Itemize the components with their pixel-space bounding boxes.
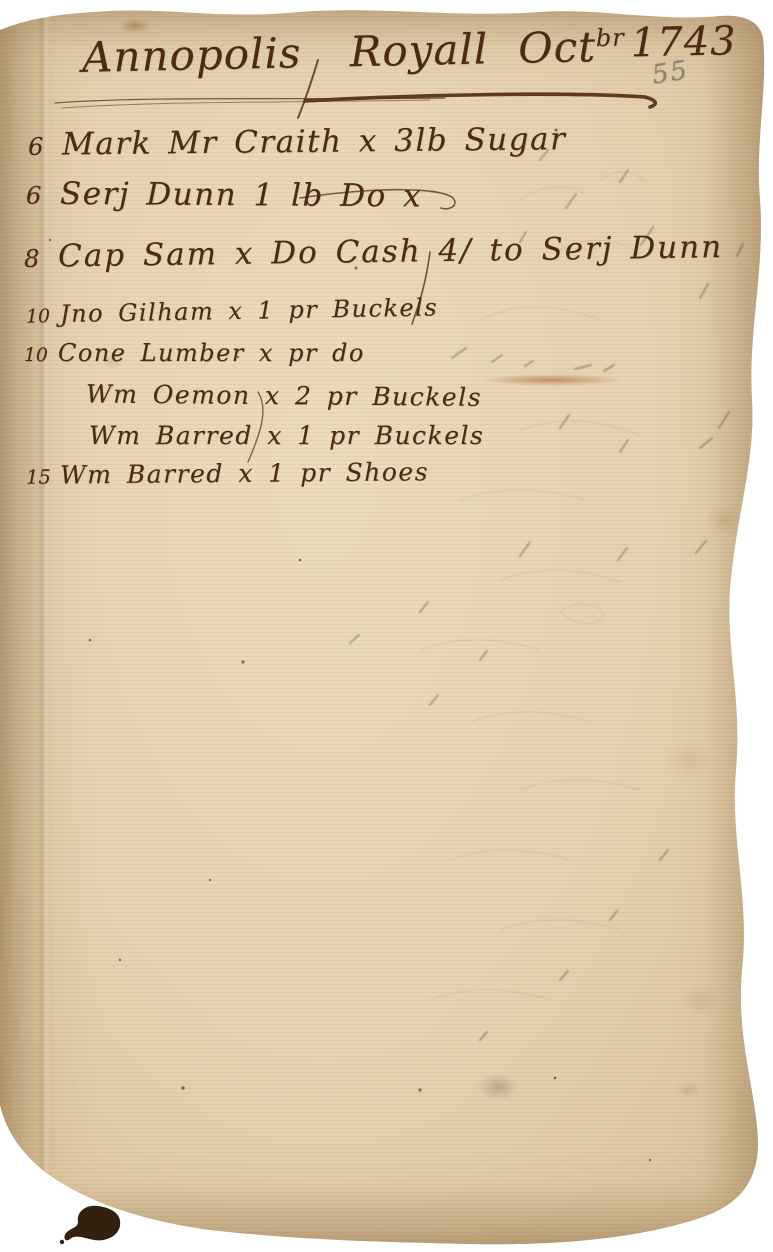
- ledger-entry: 10Cone Lumber x pr do: [24, 339, 365, 367]
- title-place: Annopolis Royall: [82, 24, 489, 81]
- entry-text: Wm Oemon x 2 pr Buckels: [86, 379, 482, 411]
- ledger-entry: 6Serj Dunn 1 lb Do x: [26, 176, 422, 215]
- ledger-entry: Wm Barred x 1 pr Buckels: [55, 421, 484, 450]
- entry-day: 10: [26, 306, 60, 328]
- title-month-suffix: br: [596, 23, 625, 52]
- entry-day: 6: [26, 182, 60, 210]
- entry-text: Mark Mr Craith x 3lb Sugar: [62, 121, 567, 162]
- entry-text: Serj Dunn 1 lb Do x: [60, 176, 422, 215]
- ledger-entry: Wm Oemon x 2 pr Buckels: [52, 379, 482, 412]
- title-year: 1743: [630, 18, 737, 66]
- title-month: Oct: [518, 22, 597, 73]
- ink-blot: [60, 1206, 120, 1245]
- ledger-entry: 6Mark Mr Craith x 3lb Sugar: [28, 121, 567, 163]
- ledger-entry: 15Wm Barred x 1 pr Shoes: [26, 457, 429, 490]
- entry-text: Cone Lumber x pr do: [58, 339, 365, 367]
- entry-text: Wm Barred x 1 pr Buckels: [89, 421, 484, 450]
- entry-day: 15: [26, 465, 60, 488]
- entry-day: 6: [28, 132, 62, 160]
- entry-day: 8: [24, 244, 58, 272]
- entry-text: Wm Barred x 1 pr Shoes: [60, 457, 429, 489]
- scanned-manuscript: 55 Annopolis RoyallOctbr1743 6Mark Mr Cr…: [0, 0, 773, 1252]
- entry-day: 10: [24, 345, 58, 366]
